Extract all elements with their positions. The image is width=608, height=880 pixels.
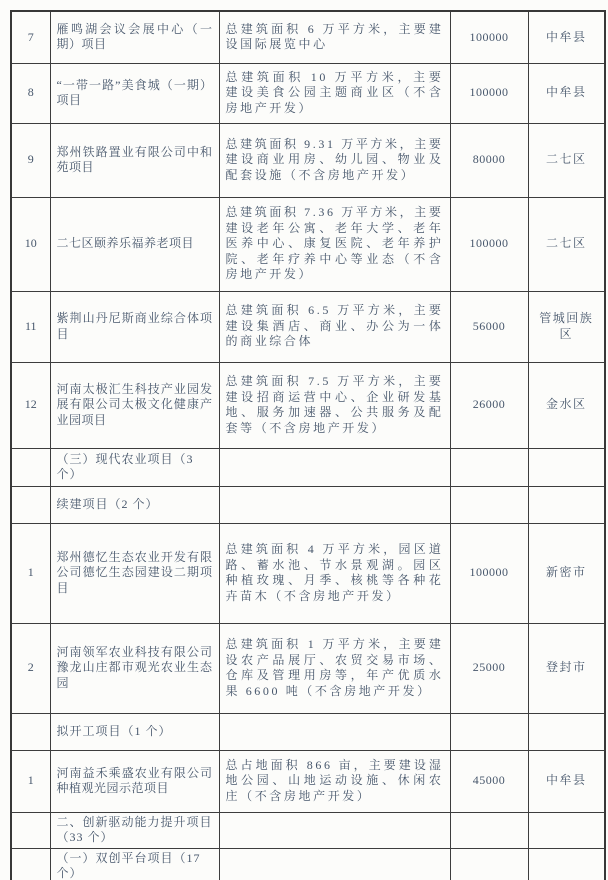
location-cell: 中牟县 bbox=[528, 63, 605, 123]
location-cell bbox=[528, 713, 605, 750]
project-name-cell: 河南领军农业科技有限公司豫龙山庄都市观光农业生态园 bbox=[50, 623, 219, 713]
location-cell bbox=[528, 812, 605, 848]
row-number-cell: 9 bbox=[11, 123, 50, 197]
investment-cell bbox=[450, 713, 528, 750]
section-label-cell: 拟开工项目（1 个） bbox=[50, 713, 219, 750]
project-row: 1郑州德忆生态农业开发有限公司德忆生态园建设二期项目总建筑面积 4 万平方米，园… bbox=[11, 523, 605, 623]
location-cell: 中牟县 bbox=[528, 750, 605, 812]
section-row: 二、创新驱动能力提升项目（33 个） bbox=[11, 812, 605, 848]
location-cell: 金水区 bbox=[528, 362, 605, 448]
location-cell bbox=[528, 486, 605, 523]
section-label-cell: （一）双创平台项目（17 个） bbox=[50, 848, 219, 880]
project-desc-cell: 总建筑面积 6 万平方米，主要建设国际展览中心 bbox=[219, 11, 450, 63]
project-desc-cell: 总建筑面积 10 万平方米，主要建设美食公园主题商业区（不含房地产开发） bbox=[219, 63, 450, 123]
project-row: 8“一带一路”美食城（一期）项目总建筑面积 10 万平方米，主要建设美食公园主题… bbox=[11, 63, 605, 123]
project-row: 9郑州铁路置业有限公司中和苑项目总建筑面积 9.31 万平方米，主要建设商业用房… bbox=[11, 123, 605, 197]
section-label-cell: 二、创新驱动能力提升项目（33 个） bbox=[50, 812, 219, 848]
investment-cell: 100000 bbox=[450, 63, 528, 123]
section-row: 拟开工项目（1 个） bbox=[11, 713, 605, 750]
row-number-cell bbox=[11, 486, 50, 523]
row-number-cell: 7 bbox=[11, 11, 50, 63]
section-row: （一）双创平台项目（17 个） bbox=[11, 848, 605, 880]
project-name-cell: 郑州德忆生态农业开发有限公司德忆生态园建设二期项目 bbox=[50, 523, 219, 623]
row-number-cell: 8 bbox=[11, 63, 50, 123]
location-cell bbox=[528, 448, 605, 486]
projects-table-body: 7雁鸣湖会议会展中心（一期）项目总建筑面积 6 万平方米，主要建设国际展览中心1… bbox=[11, 11, 605, 880]
project-desc-cell bbox=[219, 448, 450, 486]
section-row: （三）现代农业项目（3 个） bbox=[11, 448, 605, 486]
investment-cell: 26000 bbox=[450, 362, 528, 448]
location-cell: 新密市 bbox=[528, 523, 605, 623]
investment-cell: 80000 bbox=[450, 123, 528, 197]
row-number-cell bbox=[11, 713, 50, 750]
location-cell bbox=[528, 848, 605, 880]
investment-cell bbox=[450, 812, 528, 848]
project-desc-cell bbox=[219, 848, 450, 880]
project-desc-cell bbox=[219, 713, 450, 750]
location-cell: 管城回族区 bbox=[528, 291, 605, 362]
project-desc-cell bbox=[219, 486, 450, 523]
project-row: 10二七区颐养乐福养老项目总建筑面积 7.36 万平方米，主要建设老年公寓、老年… bbox=[11, 197, 605, 291]
project-desc-cell: 总建筑面积 7.5 万平方米，主要建设招商运营中心、企业研发基地、服务加速器、公… bbox=[219, 362, 450, 448]
section-label-cell: 续建项目（2 个） bbox=[50, 486, 219, 523]
project-name-cell: 雁鸣湖会议会展中心（一期）项目 bbox=[50, 11, 219, 63]
row-number-cell: 11 bbox=[11, 291, 50, 362]
location-cell: 中牟县 bbox=[528, 11, 605, 63]
project-name-cell: 二七区颐养乐福养老项目 bbox=[50, 197, 219, 291]
location-cell: 登封市 bbox=[528, 623, 605, 713]
row-number-cell bbox=[11, 812, 50, 848]
row-number-cell: 1 bbox=[11, 523, 50, 623]
row-number-cell bbox=[11, 848, 50, 880]
project-name-cell: 紫荆山丹尼斯商业综合体项目 bbox=[50, 291, 219, 362]
location-cell: 二七区 bbox=[528, 123, 605, 197]
investment-cell: 100000 bbox=[450, 197, 528, 291]
project-row: 12河南太极汇生科技产业园发展有限公司太极文化健康产业园项目总建筑面积 7.5 … bbox=[11, 362, 605, 448]
row-number-cell bbox=[11, 448, 50, 486]
section-row: 续建项目（2 个） bbox=[11, 486, 605, 523]
investment-cell bbox=[450, 848, 528, 880]
project-desc-cell bbox=[219, 812, 450, 848]
project-desc-cell: 总建筑面积 6.5 万平方米，主要建设集酒店、商业、办公为一体的商业综合体 bbox=[219, 291, 450, 362]
investment-cell: 45000 bbox=[450, 750, 528, 812]
investment-cell: 100000 bbox=[450, 523, 528, 623]
row-number-cell: 10 bbox=[11, 197, 50, 291]
investment-cell: 25000 bbox=[450, 623, 528, 713]
row-number-cell: 1 bbox=[11, 750, 50, 812]
project-name-cell: 郑州铁路置业有限公司中和苑项目 bbox=[50, 123, 219, 197]
row-number-cell: 2 bbox=[11, 623, 50, 713]
row-number-cell: 12 bbox=[11, 362, 50, 448]
project-name-cell: “一带一路”美食城（一期）项目 bbox=[50, 63, 219, 123]
project-desc-cell: 总建筑面积 7.36 万平方米，主要建设老年公寓、老年大学、老年医养中心、康复医… bbox=[219, 197, 450, 291]
project-desc-cell: 总建筑面积 1 万平方米，主要建设农产品展厅、农贸交易市场、仓库及管理用房等，年… bbox=[219, 623, 450, 713]
investment-cell bbox=[450, 486, 528, 523]
investment-cell: 56000 bbox=[450, 291, 528, 362]
project-name-cell: 河南益禾乘盛农业有限公司种植观光园示范项目 bbox=[50, 750, 219, 812]
section-label-cell: （三）现代农业项目（3 个） bbox=[50, 448, 219, 486]
project-desc-cell: 总占地面积 866 亩，主要建设湿地公园、山地运动设施、休闲农庄（不含房地产开发… bbox=[219, 750, 450, 812]
project-desc-cell: 总建筑面积 4 万平方米，园区道路、蓄水池、节水景观湖。园区种植玫瑰、月季、核桃… bbox=[219, 523, 450, 623]
projects-table: 7雁鸣湖会议会展中心（一期）项目总建筑面积 6 万平方米，主要建设国际展览中心1… bbox=[10, 10, 606, 880]
project-desc-cell: 总建筑面积 9.31 万平方米，主要建设商业用房、幼儿园、物业及配套设施（不含房… bbox=[219, 123, 450, 197]
project-name-cell: 河南太极汇生科技产业园发展有限公司太极文化健康产业园项目 bbox=[50, 362, 219, 448]
investment-cell bbox=[450, 448, 528, 486]
investment-cell: 100000 bbox=[450, 11, 528, 63]
project-row: 2河南领军农业科技有限公司豫龙山庄都市观光农业生态园总建筑面积 1 万平方米，主… bbox=[11, 623, 605, 713]
project-row: 11紫荆山丹尼斯商业综合体项目总建筑面积 6.5 万平方米，主要建设集酒店、商业… bbox=[11, 291, 605, 362]
project-row: 7雁鸣湖会议会展中心（一期）项目总建筑面积 6 万平方米，主要建设国际展览中心1… bbox=[11, 11, 605, 63]
project-row: 1河南益禾乘盛农业有限公司种植观光园示范项目总占地面积 866 亩，主要建设湿地… bbox=[11, 750, 605, 812]
location-cell: 二七区 bbox=[528, 197, 605, 291]
